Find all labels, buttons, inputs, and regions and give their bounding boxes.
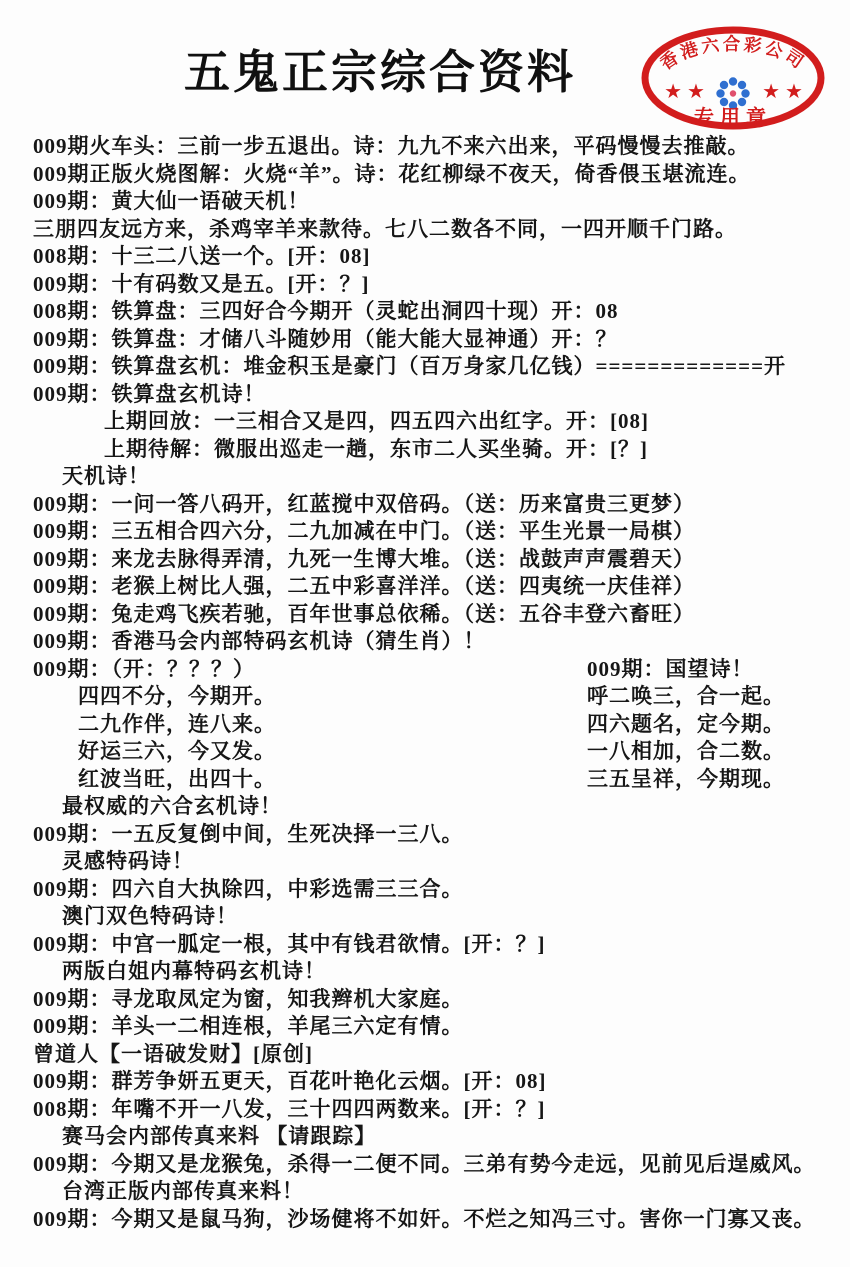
text-line: 呼二唤三，合一起。 <box>587 683 785 711</box>
text-line: 上期回放：一三相合又是四，四五四六出红字。开：[08] <box>0 408 850 436</box>
text-line: 009期：铁算盘玄机诗！ <box>0 381 850 409</box>
text-line: 008期：铁算盘：三四好合今期开（灵蛇出洞四十现）开：08 <box>0 298 850 326</box>
text-line: 009期：群芳争妍五更天，百花叶艳化云烟。[开：08] <box>0 1068 850 1096</box>
text-line: 009期正版火烧图解：火烧“羊”。诗：花红柳绿不夜天，倚香偎玉堪流连。 <box>0 161 850 189</box>
text-line: 上期待解：微服出巡走一趟，东市二人买坐骑。开：[？] <box>0 436 850 464</box>
text-line: 009期：中宫一胍定一根，其中有钱君欲情。[开：？] <box>0 931 850 959</box>
star-icons-right: ★★ <box>762 81 808 103</box>
text-line: 009期：一五反复倒中间，生死决择一三八。 <box>0 821 850 849</box>
text-line: 009期：铁算盘玄机：堆金积玉是豪门（百万身家几亿钱）=============… <box>0 353 850 381</box>
text-line: 009期：三五相合四六分，二九加减在中门。（送：平生光景一局棋） <box>0 518 850 546</box>
text-line: 两版白姐内幕特码玄机诗！ <box>0 958 850 986</box>
text-line: 一八相加，合二数。 <box>587 738 785 766</box>
text-line: 三五呈祥，今期现。 <box>587 766 785 794</box>
document-page: 五鬼正宗综合资料 香港六合彩公司 ★★ ★★ 专用章 <box>0 0 850 1267</box>
text-line: 009期：来龙去脉得弄清，九死一生博大堆。（送：战鼓声声震碧天） <box>0 546 850 574</box>
text-line: 009期：老猴上树比人强，二五中彩喜洋洋。（送：四夷统一庆佳祥） <box>0 573 850 601</box>
text-line: 三朋四友远方来，杀鸡宰羊来款待。七八二数各不同，一四开顺千门路。 <box>0 216 850 244</box>
text-line: 009期：十有码数又是五。[开：？] <box>0 271 850 299</box>
text-line: 天机诗！ <box>0 463 850 491</box>
text-line: 009期：四六自大执除四，中彩选需三三合。 <box>0 876 850 904</box>
text-line: 最权威的六合玄机诗！ <box>0 793 850 821</box>
text-line: 009期：羊头一二相连根，羊尾三六定有情。 <box>0 1013 850 1041</box>
text-line: 四六题名，定今期。 <box>587 711 785 739</box>
text-line: 曾道人【一语破发财】[原创] <box>0 1041 850 1069</box>
text-line: 009期：香港马会内部特码玄机诗（猜生肖）！ <box>0 628 850 656</box>
company-stamp: 香港六合彩公司 ★★ ★★ 专用章 <box>637 22 829 134</box>
text-line: 台湾正版内部传真来料！ <box>0 1178 850 1206</box>
stamp-graphic: 香港六合彩公司 ★★ ★★ 专用章 <box>637 22 829 134</box>
text-line: 澳门双色特码诗！ <box>0 903 850 931</box>
text-line: 009期：一问一答八码开，红蓝搅中双倍码。（送：历来富贵三更梦） <box>0 491 850 519</box>
two-column-block: 009期：（开：？？？） 四四不分，今期开。 二九作伴，连八来。 好运三六，今又… <box>0 656 850 794</box>
text-line: 灵感特码诗！ <box>0 848 850 876</box>
stamp-bottom-text: 专用章 <box>694 105 772 129</box>
star-icons-left: ★★ <box>664 81 710 103</box>
text-line: 009期：兔走鸡飞疾若驰，百年世事总依稀。（送：五谷丰登六畜旺） <box>0 601 850 629</box>
text-line: 008期：十三二八送一个。[开：08] <box>0 243 850 271</box>
text-line: 009期火车头：三前一步五退出。诗：九九不来六出来，平码慢慢去推敲。 <box>0 133 850 161</box>
text-line: 008期：年嘴不开一八发，三十四四两数来。[开：？] <box>0 1096 850 1124</box>
text-line: 赛马会内部传真来料 【请跟踪】 <box>0 1123 850 1151</box>
text-line: 009期：黄大仙一语破天机！ <box>0 188 850 216</box>
text-line: 009期：今期又是龙猴兔，杀得一二便不同。三弟有势今走远，见前见后逞威风。 <box>0 1151 850 1179</box>
flower-icon <box>716 77 749 109</box>
text-line: 009期：寻龙取凤定为窗，知我辫机大家庭。 <box>0 986 850 1014</box>
text-line: 009期：今期又是鼠马狗，沙场健将不如奸。不烂之知冯三寸。害你一门寡又丧。 <box>0 1206 850 1234</box>
right-poem-column: 009期：国望诗！ 呼二唤三，合一起。 四六题名，定今期。 一八相加，合二数。 … <box>587 656 785 794</box>
text-line: 009期：铁算盘：才储八斗随妙用（能大能大显神通）开：？ <box>0 326 850 354</box>
text-line: 009期：国望诗！ <box>587 656 785 684</box>
document-body: 009期火车头：三前一步五退出。诗：九九不来六出来，平码慢慢去推敲。 009期正… <box>0 133 850 1233</box>
